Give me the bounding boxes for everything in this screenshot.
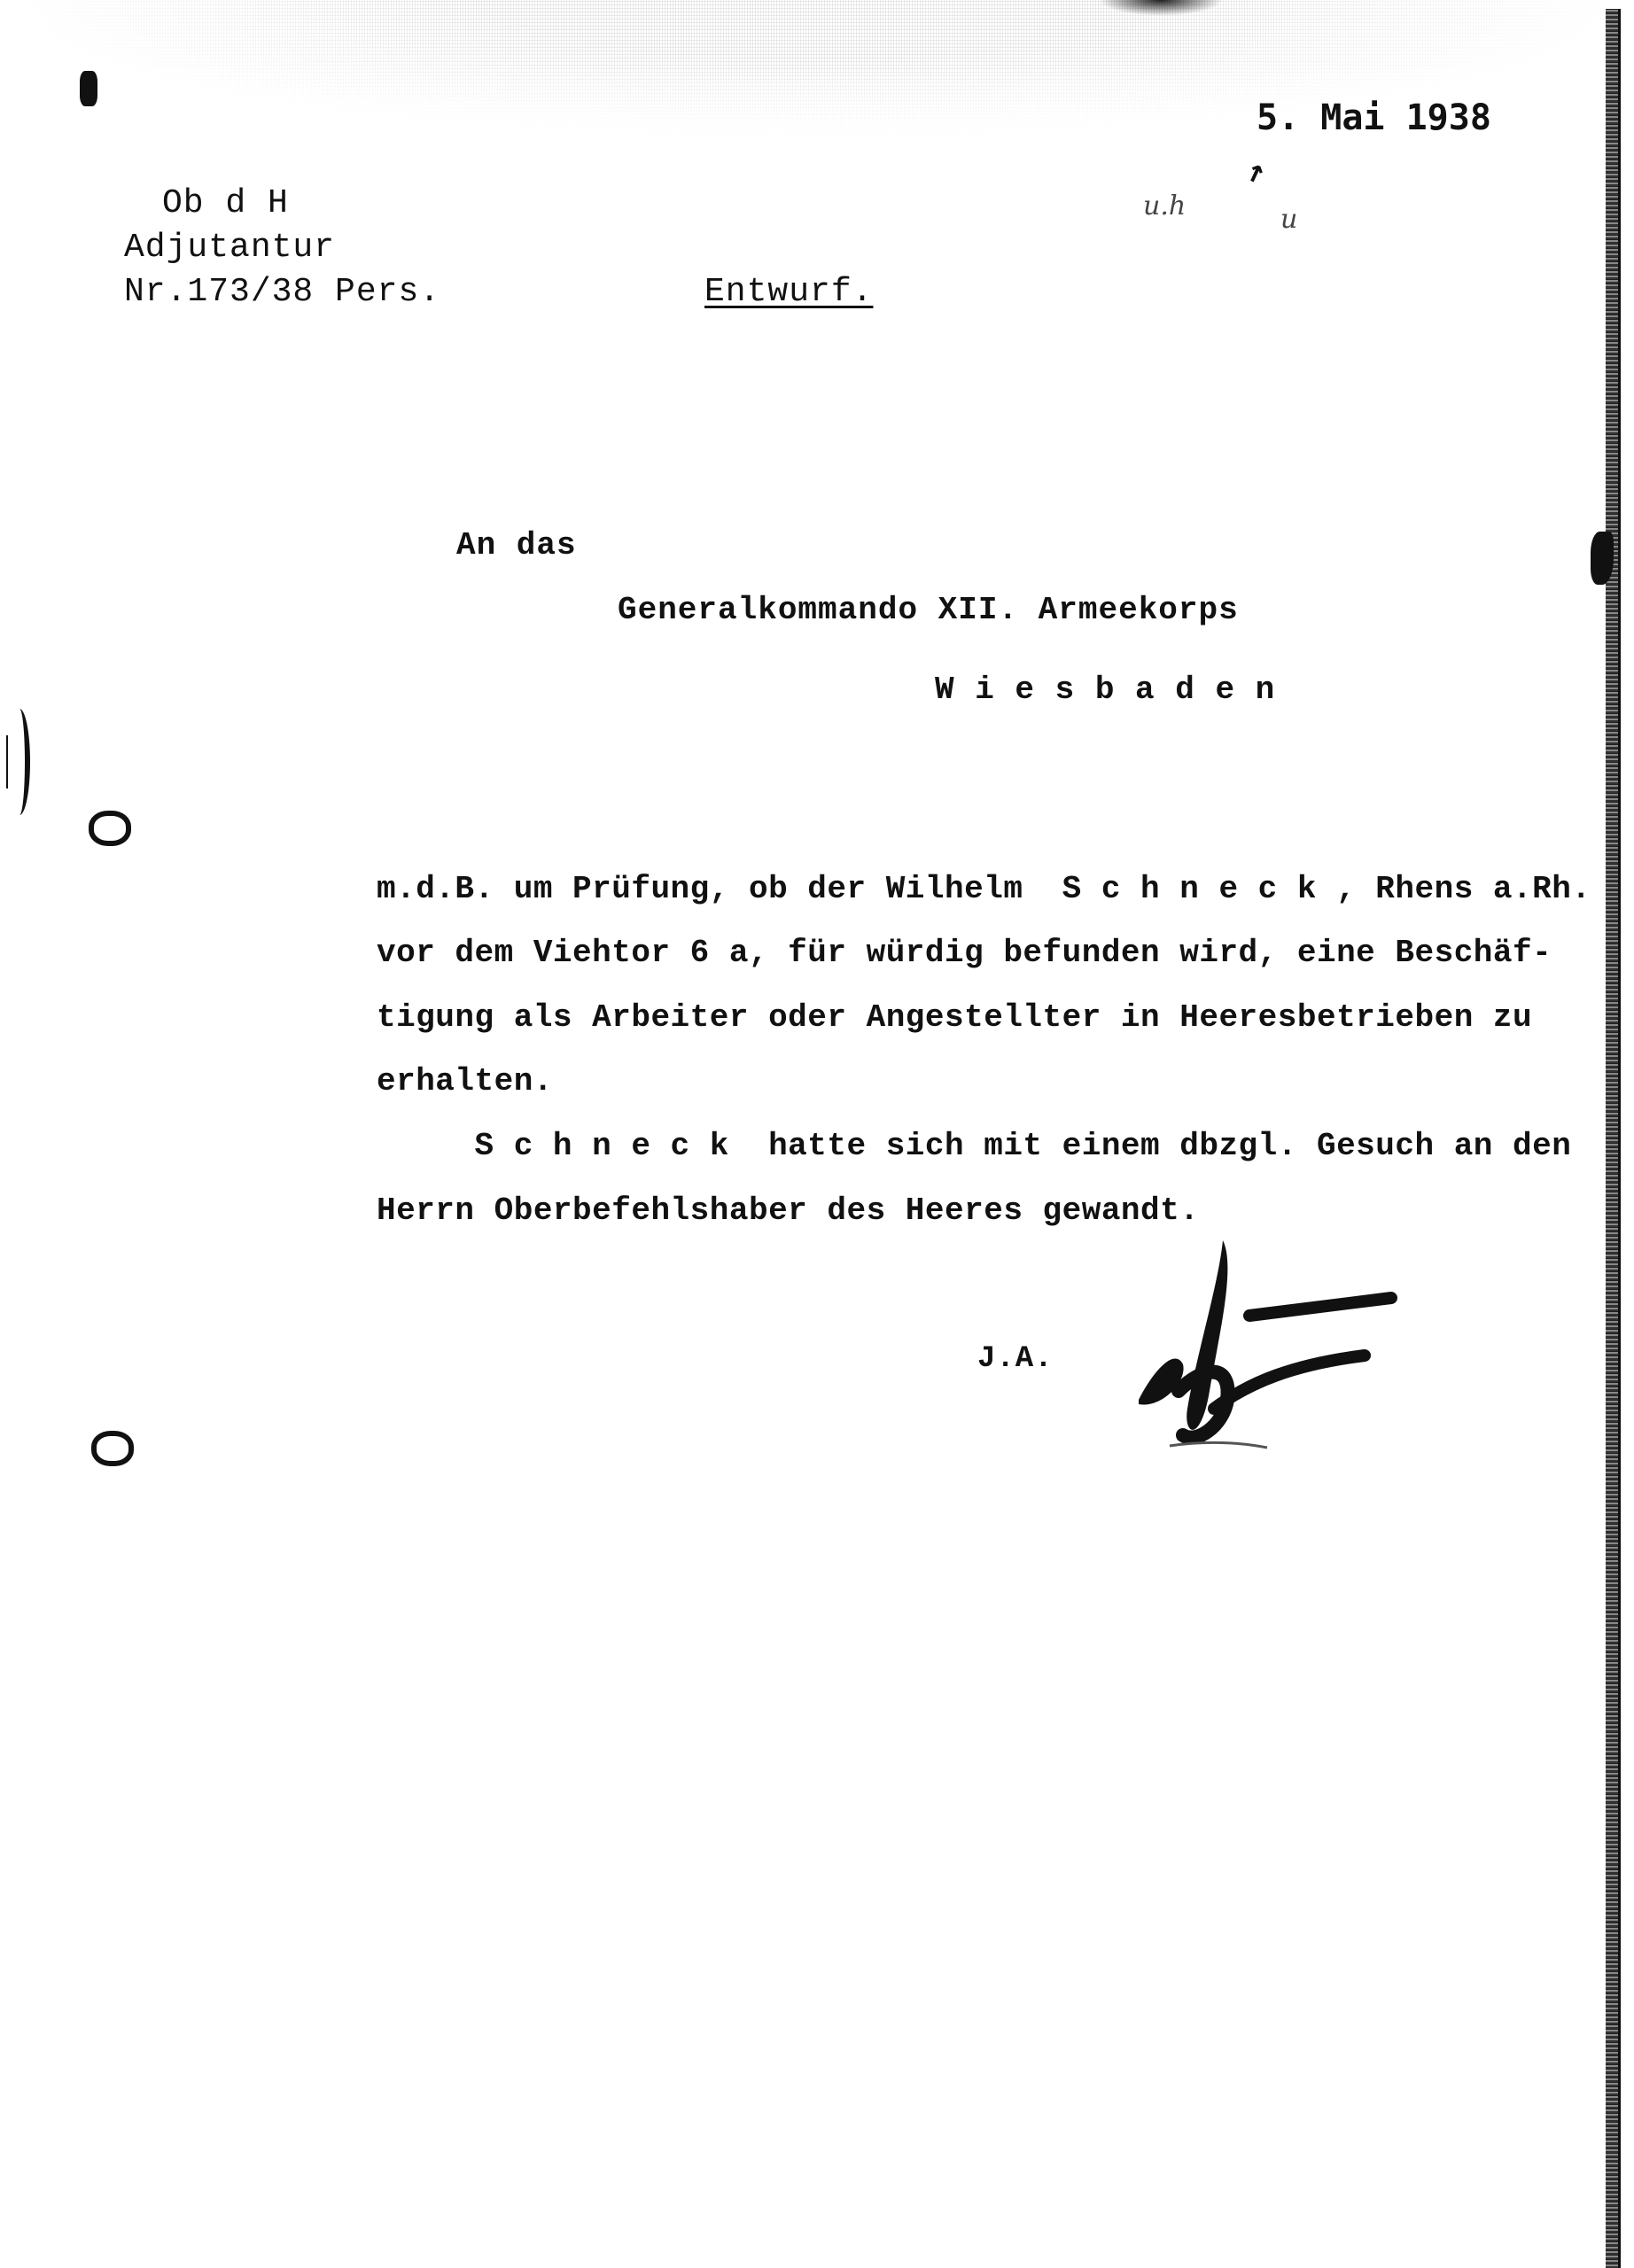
recipient-name: Generalkommando XII. Armeekorps xyxy=(618,592,1239,628)
body-line: vor dem Viehtor 6 a, für würdig befunden… xyxy=(377,935,1552,971)
margin-line xyxy=(6,735,8,788)
signature xyxy=(1134,1231,1400,1462)
body-line: S c h n e c k hatte sich mit einem dbzgl… xyxy=(377,1128,1571,1164)
scan-noise-top xyxy=(0,0,1634,168)
recipient-salutation: An das xyxy=(456,527,577,563)
scan-blot xyxy=(1591,532,1614,585)
punch-hole-icon xyxy=(89,811,131,846)
scan-smudge xyxy=(1099,0,1223,16)
body-line: Herrn Oberbefehlshaber des Heeres gewand… xyxy=(377,1192,1199,1229)
punch-hole-icon xyxy=(91,1431,134,1466)
draft-label: Entwurf. xyxy=(704,273,873,311)
recipient-city: W i e s b a d e n xyxy=(935,672,1275,708)
body-line: tigung als Arbeiter oder Angestellter in… xyxy=(377,999,1532,1036)
pencil-annotation: u.h xyxy=(1143,190,1186,221)
closing-initials: J.A. xyxy=(977,1342,1054,1376)
page-edge-right xyxy=(1606,9,1621,2268)
sender-line-1: Ob d H xyxy=(162,184,289,222)
reference-number: Nr.173/38 Pers. xyxy=(124,273,440,311)
pencil-annotation: u xyxy=(1280,204,1297,235)
sender-line-2: Adjutantur xyxy=(124,229,335,267)
document-date: 5. Mai 1938 xyxy=(1257,97,1491,138)
body-line: erhalten. xyxy=(377,1063,553,1099)
scan-mark xyxy=(80,71,97,106)
body-line: m.d.B. um Prüfung, ob der Wilhelm S c h … xyxy=(377,871,1591,907)
margin-bracket xyxy=(9,709,30,815)
